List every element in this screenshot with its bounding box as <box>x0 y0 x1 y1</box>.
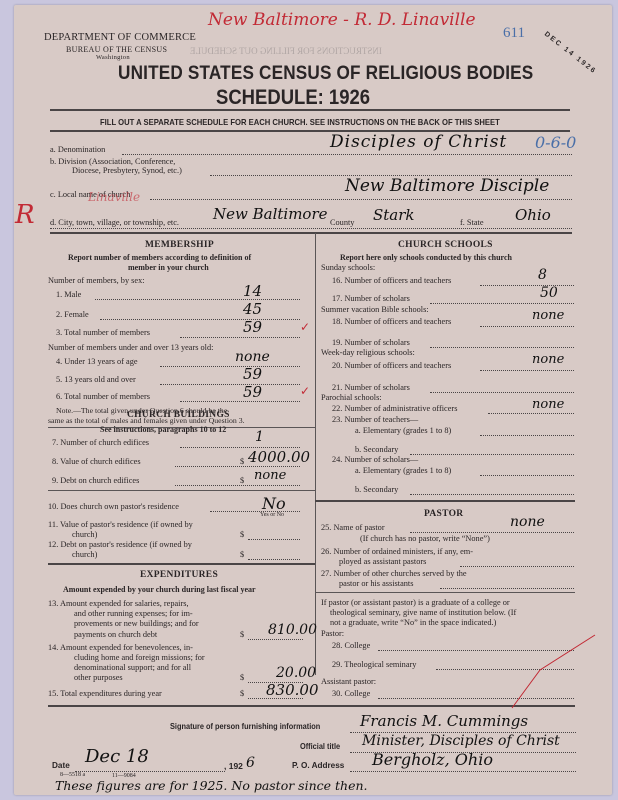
schools-subheading: Report here only schools conducted by th… <box>340 253 512 262</box>
q14-line-4: other purposes <box>74 673 123 682</box>
q6-label: 6. Total number of members <box>56 392 150 401</box>
official-title-label: Official title <box>300 742 340 751</box>
q10-hint: Yes or No <box>260 512 284 518</box>
dotted-line <box>350 771 576 772</box>
red-check-stroke-icon <box>500 630 600 710</box>
dotted-line <box>480 370 574 371</box>
weekday-schools-label: Week-day religious schools: <box>321 348 415 357</box>
q7-label: 7. Number of church edifices <box>52 438 149 447</box>
assistant-pastor-label-visible: Assistant pastor: <box>321 677 376 686</box>
q2-label: 2. Female <box>56 310 89 319</box>
q15-value[interactable]: 830.00 <box>266 681 319 699</box>
q1-value[interactable]: 14 <box>243 282 262 300</box>
division-label-2: Diocese, Presbytery, Synod, etc.) <box>72 166 182 175</box>
q13-line-1: 13. Amount expended for salaries, repair… <box>48 599 189 608</box>
grad-note-1: If pastor (or assistant pastor) is a gra… <box>321 598 510 607</box>
po-address-label: P. O. Address <box>292 761 344 770</box>
buildings-subheading: See instructions, paragraphs 10 to 12 <box>100 425 226 434</box>
signature-value[interactable]: Francis M. Cummings <box>360 712 528 730</box>
pastor-sub-label: Pastor: <box>321 629 344 638</box>
dotted-line <box>210 511 300 512</box>
divider <box>48 563 315 565</box>
q11-label-2: church) <box>72 530 97 539</box>
q3-value[interactable]: 59 <box>243 318 262 336</box>
red-R-mark: R <box>15 200 35 230</box>
dotted-line <box>480 285 574 286</box>
city-value[interactable]: New Baltimore <box>213 205 328 223</box>
denomination-code: 0-6-0 <box>535 133 576 152</box>
year-digit[interactable]: 6 <box>246 755 255 771</box>
expenditures-heading: EXPENDITURES <box>140 570 218 580</box>
q24-label: 24. Number of scholars— <box>332 455 418 464</box>
dollar-sign: $ <box>240 550 244 559</box>
q10-label: 10. Does church own pastor's residence <box>48 502 179 511</box>
dotted-line <box>480 326 574 327</box>
divider <box>50 232 572 234</box>
q8-label: 8. Value of church edifices <box>52 457 141 466</box>
q13-line-3: provements or new buildings; and for <box>74 619 199 628</box>
bureau-label: BUREAU OF THE CENSUS <box>66 45 167 54</box>
q4-label: 4. Under 13 years of age <box>56 357 138 366</box>
dollar-sign: $ <box>240 476 244 485</box>
q25-hint: (If church has no pastor, write “None”) <box>360 534 490 543</box>
q22-label: 22. Number of administrative officers <box>332 404 457 413</box>
q5-label: 5. 13 years old and over <box>56 375 136 384</box>
dotted-line <box>248 639 303 640</box>
date-label: Date <box>52 761 70 770</box>
pastor-heading: PASTOR <box>424 509 463 519</box>
bleed-through-title: INSTRUCTIONS FOR FILLING OUT SCHEDULE <box>190 46 382 56</box>
buildings-heading: CHURCH BUILDINGS <box>127 410 230 420</box>
q15-label: 15. Total expenditures during year <box>48 689 162 698</box>
dotted-line <box>175 485 300 486</box>
denomination-label: a. Denomination <box>50 145 105 154</box>
po-address-value[interactable]: Bergholz, Ohio <box>372 750 493 769</box>
q4-value[interactable]: none <box>235 349 270 365</box>
dollar-sign: $ <box>240 689 244 698</box>
dotted-line <box>480 435 574 436</box>
page-title: UNITED STATES CENSUS OF RELIGIOUS BODIES <box>118 62 533 85</box>
column-divider <box>315 233 316 675</box>
dotted-line <box>248 539 300 540</box>
q16-value[interactable]: 8 <box>538 267 547 283</box>
sunday-schools-label: Sunday schools: <box>321 263 375 272</box>
red-annotation-top: New Baltimore - R. D. Linaville <box>208 10 476 30</box>
q3-label: 3. Total number of members <box>56 328 150 337</box>
dotted-line <box>410 494 574 495</box>
q8-value[interactable]: 4000.00 <box>248 448 310 466</box>
parochial-schools-label: Parochial schools: <box>321 393 382 402</box>
dotted-line <box>410 532 574 533</box>
membership-subheading-2: member in your church <box>128 263 209 272</box>
divider <box>48 490 315 491</box>
city-label: Washington <box>96 54 130 61</box>
dotted-line <box>488 413 574 414</box>
local-name-value[interactable]: New Baltimore Disciple <box>345 176 549 196</box>
instruction-banner: FILL OUT A SEPARATE SCHEDULE FOR EACH CH… <box>100 117 500 127</box>
q13-line-4: payments on church debt <box>74 630 157 639</box>
dotted-line <box>410 454 574 455</box>
dotted-line <box>100 319 300 320</box>
dotted-line <box>430 347 574 348</box>
signature-label: Signature of person furnishing informati… <box>170 722 320 731</box>
dotted-line <box>180 401 300 402</box>
state-value[interactable]: Ohio <box>515 206 551 224</box>
dotted-line <box>480 475 574 476</box>
dotted-line <box>430 392 574 393</box>
q13-value[interactable]: 810.00 <box>268 622 317 638</box>
q1-label: 1. Male <box>56 290 81 299</box>
q23-label: 23. Number of teachers— <box>332 415 418 424</box>
divider <box>315 592 575 593</box>
county-label: County <box>330 218 354 227</box>
dotted-line <box>75 771 225 772</box>
dollar-sign: $ <box>240 673 244 682</box>
q16-label: 16. Number of officers and teachers <box>332 276 451 285</box>
dotted-line <box>50 228 572 229</box>
q23a-label: a. Elementary (grades 1 to 8) <box>355 426 451 435</box>
dotted-line <box>160 366 300 367</box>
divider <box>315 500 575 502</box>
q7-value[interactable]: 1 <box>255 429 264 445</box>
q24a-label: a. Elementary (grades 1 to 8) <box>355 466 451 475</box>
q28-label: 28. College <box>332 641 370 650</box>
grad-note-2: theological seminary, give name of insti… <box>330 608 516 617</box>
department-label: DEPARTMENT OF COMMERCE <box>44 32 196 43</box>
members-by-sex-label: Number of members, by sex: <box>48 276 145 285</box>
dollar-sign: $ <box>240 530 244 539</box>
official-title-value[interactable]: Minister, Disciples of Christ <box>362 733 560 749</box>
year-prefix: , 192 <box>224 761 243 771</box>
q9-value[interactable]: none <box>254 468 286 483</box>
dollar-sign: $ <box>240 630 244 639</box>
q12-label-2: church) <box>72 550 97 559</box>
q17-label: 17. Number of scholars <box>332 294 410 303</box>
q18-label: 18. Number of officers and teachers <box>332 317 451 326</box>
membership-heading: MEMBERSHIP <box>145 240 214 250</box>
q6-value[interactable]: 59 <box>243 383 262 401</box>
q30-label: 30. College <box>332 689 370 698</box>
divider <box>50 109 570 111</box>
q26-label-1: 26. Number of ordained ministers, if any… <box>321 547 473 556</box>
q14-line-3: denominational support; and for all <box>74 663 191 672</box>
q19-label: 19. Number of scholars <box>332 338 410 347</box>
county-value[interactable]: Stark <box>373 206 415 224</box>
stamp-number: 611 <box>503 25 525 42</box>
q27-label-1: 27. Number of other churches served by t… <box>321 569 467 578</box>
dotted-line <box>440 588 574 589</box>
q20-label: 20. Number of officers and teachers <box>332 361 451 370</box>
q20-value[interactable]: none <box>532 352 564 367</box>
grad-note-3: not a graduate, write “No” in the space … <box>330 618 496 627</box>
q12-label: 12. Debt on pastor's residence (if owned… <box>48 540 192 549</box>
q11-label: 11. Value of pastor's residence (if owne… <box>48 520 193 529</box>
q14-line-1: 14. Amount expended for benevolences, in… <box>48 643 193 652</box>
schedule-title: SCHEDULE: 1926 <box>216 86 370 110</box>
dotted-line <box>95 299 300 300</box>
red-check-icon: ✓ <box>300 384 310 399</box>
city-label: d. City, town, village, or township, etc… <box>50 218 179 227</box>
dotted-line <box>122 154 572 155</box>
dotted-line <box>175 466 300 467</box>
denomination-value[interactable]: Disciples of Christ <box>330 132 507 152</box>
q23b-label: b. Secondary <box>355 445 398 454</box>
q13-line-2: and other running expenses; for im- <box>74 609 193 618</box>
q26-label-2: ployed as assistant pastors <box>339 557 426 566</box>
q25-value[interactable]: none <box>510 514 545 530</box>
membership-subheading: Report number of members according to de… <box>68 253 251 262</box>
schools-heading: CHURCH SCHOOLS <box>398 240 493 250</box>
q10-value[interactable]: No <box>262 494 286 513</box>
q24b-label: b. Secondary <box>355 485 398 494</box>
q5-value[interactable]: 59 <box>243 365 262 383</box>
q17-value[interactable]: 50 <box>540 285 558 301</box>
summer-schools-label: Summer vacation Bible schools: <box>321 305 429 314</box>
dollar-sign: $ <box>240 457 244 466</box>
date-value[interactable]: Dec 18 <box>85 746 149 767</box>
divider <box>48 705 575 707</box>
q22-value[interactable]: none <box>532 397 564 412</box>
division-label-1: b. Division (Association, Conference, <box>50 157 175 166</box>
dotted-line <box>160 384 300 385</box>
red-city-note: Linaville <box>88 190 140 204</box>
q25-label: 25. Name of pastor <box>321 523 385 532</box>
expenditures-subheading: Amount expended by your church during la… <box>63 585 256 594</box>
q9-label: 9. Debt on church edifices <box>52 476 139 485</box>
handwritten-note: These figures are for 1925. No pastor si… <box>55 778 368 793</box>
q18-value[interactable]: none <box>532 308 564 323</box>
q2-value[interactable]: 45 <box>243 300 262 318</box>
dotted-line <box>460 566 574 567</box>
dotted-line <box>150 199 572 200</box>
dotted-line <box>430 303 574 304</box>
q29-label: 29. Theological seminary <box>332 660 416 669</box>
q27-label-2: pastor or his assistants <box>339 579 413 588</box>
dotted-line <box>248 559 300 560</box>
q14-line-2: cluding home and foreign missions; for <box>74 653 205 662</box>
state-label: f. State <box>460 218 484 227</box>
red-check-icon: ✓ <box>300 320 310 335</box>
q14-value[interactable]: 20.00 <box>276 665 316 681</box>
members-by-age-label: Number of members under and over 13 year… <box>48 343 213 352</box>
dotted-line <box>180 337 300 338</box>
q21-label: 21. Number of scholars <box>332 383 410 392</box>
